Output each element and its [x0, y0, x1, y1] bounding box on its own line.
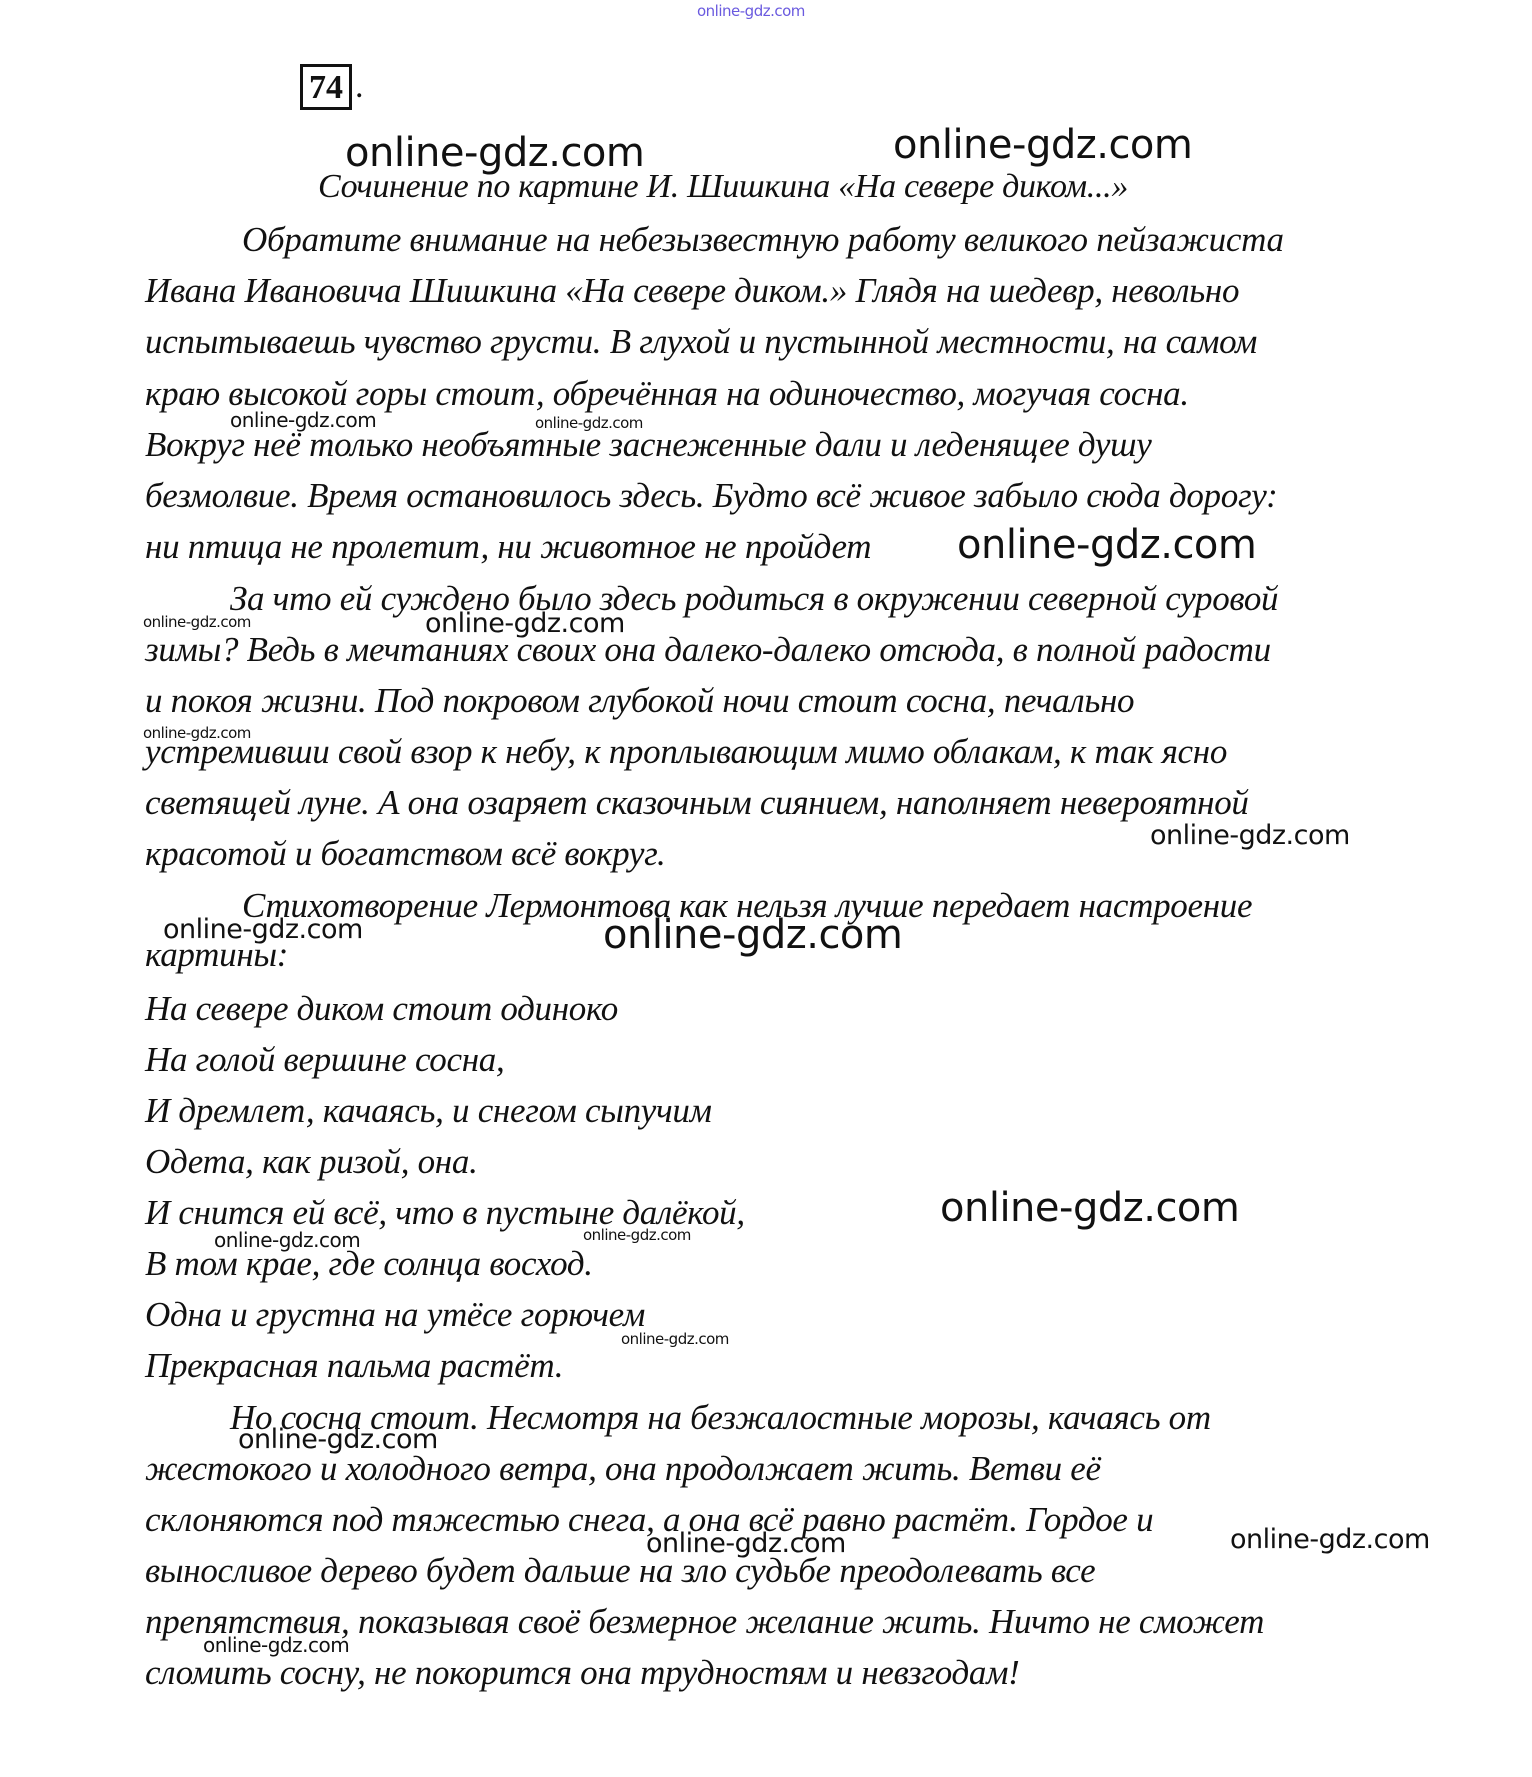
p2-line: и покоя жизни. Под покровом глубокой ноч… [145, 681, 1134, 721]
p4-line: выносливое дерево будет дальше на зло су… [145, 1551, 1095, 1591]
poem-line: Одета, как ризой, она. [145, 1142, 478, 1182]
p2-line: За что ей суждено было здесь родиться в … [230, 579, 1278, 619]
watermark: online-gdz.com [1230, 1524, 1430, 1555]
watermark: online-gdz.com [163, 914, 363, 945]
p4-line: сломить сосну, не покорится она трудност… [145, 1653, 1020, 1693]
p2-line: светящей луне. А она озаряет сказочным с… [145, 783, 1249, 823]
watermark: online-gdz.com [583, 1226, 691, 1244]
poem-line: И дремлет, качаясь, и снегом сыпучим [145, 1091, 712, 1131]
watermark: online-gdz.com [646, 1528, 846, 1559]
p1-line: ни птица не пролетит, ни животное не про… [145, 527, 871, 567]
watermark: online-gdz.com [238, 1424, 438, 1455]
p1-line: испытываешь чувство грусти. В глухой и п… [145, 322, 1257, 362]
p1-line: Ивана Ивановича Шишкина «На севере диком… [145, 271, 1239, 311]
p4-line: жестокого и холодного ветра, она продолж… [145, 1449, 1101, 1489]
p2-line: устремивши свой взор к небу, к проплываю… [145, 732, 1227, 772]
watermark: online-gdz.com [603, 912, 902, 958]
watermark: online-gdz.com [957, 522, 1256, 568]
watermark: online-gdz.com [940, 1185, 1239, 1231]
watermark: online-gdz.com [1150, 820, 1350, 851]
poem-line: Одна и грустна на утёсе горючем [145, 1295, 645, 1335]
document-page: online-gdz.com 74 . Сочинение по картине… [0, 0, 1532, 1777]
exercise-number: 74 [309, 69, 343, 106]
exercise-number-dot: . [355, 68, 364, 106]
watermark-top: online-gdz.com [697, 2, 805, 20]
poem-line: Прекрасная пальма растёт. [145, 1346, 563, 1386]
watermark: online-gdz.com [203, 1633, 349, 1657]
watermark: online-gdz.com [214, 1228, 360, 1252]
poem-line: На севере диком стоит одиноко [145, 989, 618, 1029]
watermark: online-gdz.com [143, 613, 251, 631]
watermark: online-gdz.com [621, 1330, 729, 1348]
watermark: online-gdz.com [893, 122, 1192, 168]
exercise-number-box: 74 [300, 64, 352, 110]
p2-line: красотой и богатством всё вокруг. [145, 834, 665, 874]
poem-line: На голой вершине сосна, [145, 1040, 504, 1080]
watermark: online-gdz.com [345, 130, 644, 176]
watermark: online-gdz.com [230, 408, 376, 432]
p1-line: Обратите внимание на небезызвестную рабо… [242, 220, 1284, 260]
p2-line: зимы? Ведь в мечтаниях своих она далеко-… [145, 630, 1271, 670]
poem-line: В том крае, где солнца восход. [145, 1244, 593, 1284]
p1-line: безмолвие. Время остановилось здесь. Буд… [145, 476, 1277, 516]
watermark: online-gdz.com [535, 414, 643, 432]
watermark: online-gdz.com [425, 608, 625, 639]
watermark: online-gdz.com [143, 724, 251, 742]
